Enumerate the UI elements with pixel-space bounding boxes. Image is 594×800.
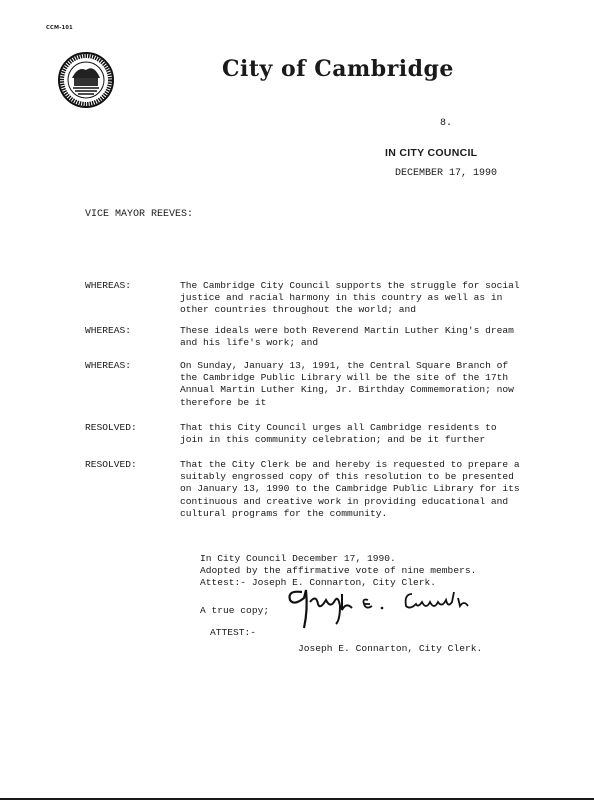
clerk-signature [282,580,482,630]
clerk-name: Joseph E. Connarton, City Clerk. [298,643,482,654]
clause-label: RESOLVED: [85,459,137,470]
clause-text: That the City Clerk be and hereby is req… [180,459,594,520]
council-date: DECEMBER 17, 1990 [395,168,497,179]
clause-label: WHEREAS: [85,360,131,371]
clause-label: RESOLVED: [85,422,137,433]
item-number: 8. [440,118,452,129]
form-code: CCM-101 [46,25,73,31]
council-heading: IN CITY COUNCIL [385,147,477,159]
clause-text: The Cambridge City Council supports the … [180,280,594,317]
clause-text: On Sunday, January 13, 1991, the Central… [180,360,594,409]
clause-text: These ideals were both Reverend Martin L… [180,325,594,349]
clause-label: WHEREAS: [85,280,131,291]
masthead-title: City of Cambridge [222,56,454,82]
attest-label: ATTEST:- [210,627,256,638]
true-copy-label: A true copy; [200,605,269,616]
city-seal-icon [58,52,114,108]
salutation: VICE MAYOR REEVES: [85,209,193,220]
clause-text: That this City Council urges all Cambrid… [180,422,594,446]
clause-label: WHEREAS: [85,325,131,336]
